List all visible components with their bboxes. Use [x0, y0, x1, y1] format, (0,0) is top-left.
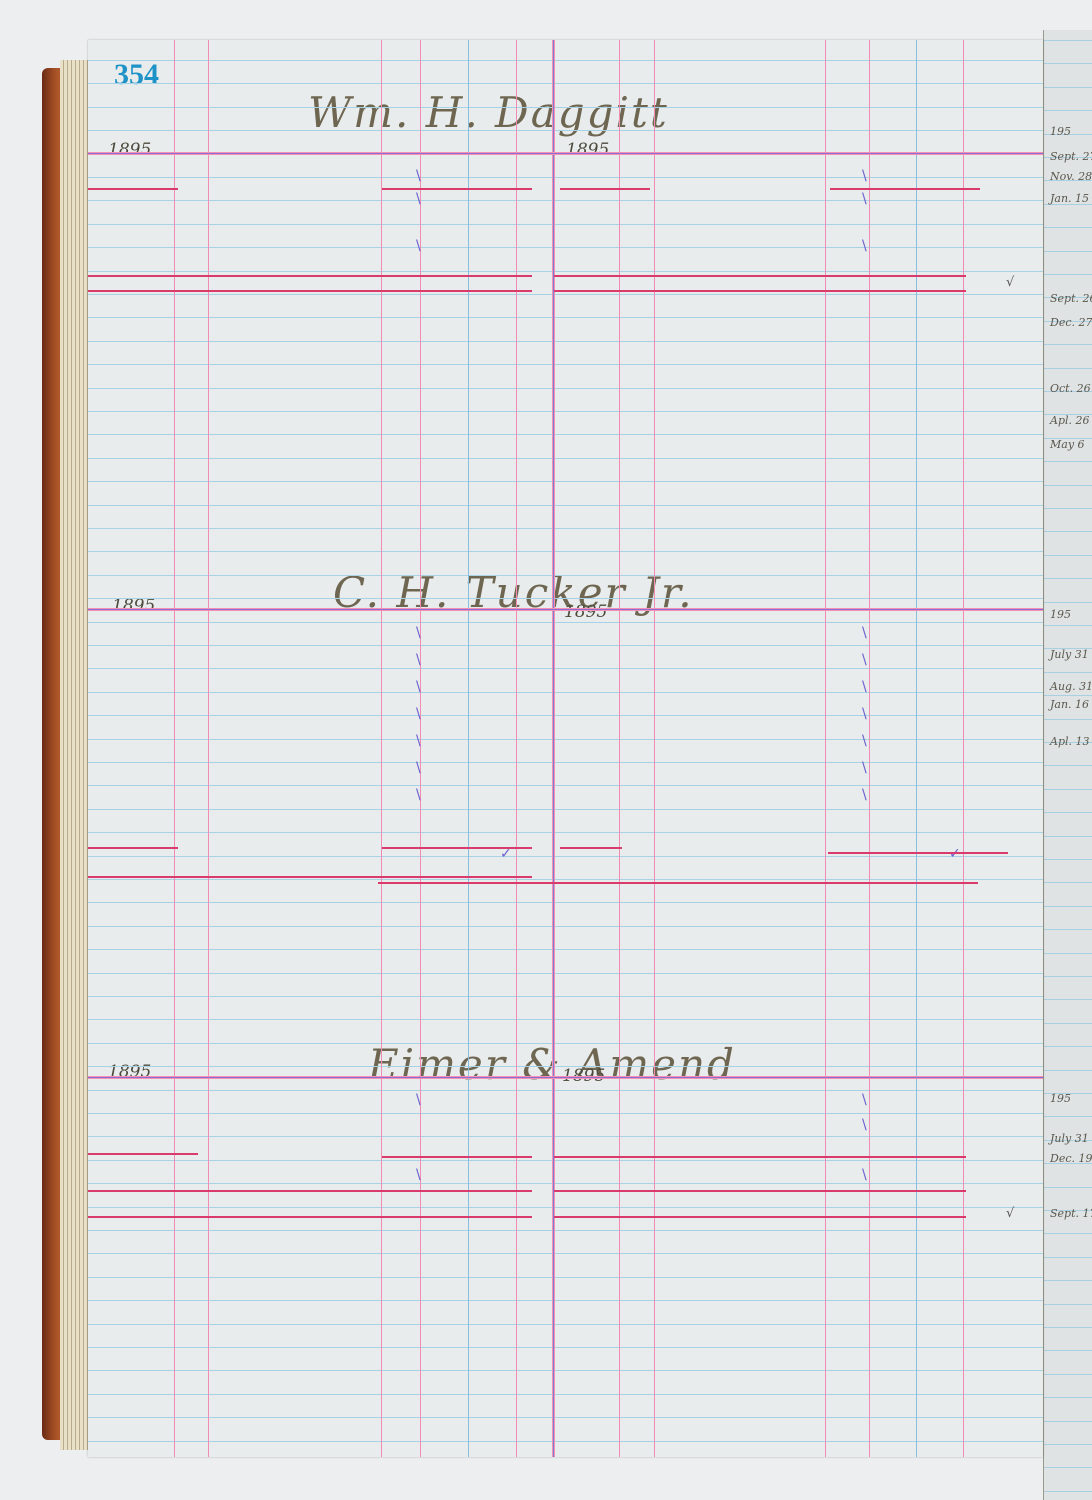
blue-rule: [88, 83, 1043, 84]
blue-rule: [1044, 719, 1092, 720]
blue-rule: [1044, 859, 1092, 860]
blue-rule: [88, 856, 1043, 857]
blue-rule: [1044, 1046, 1092, 1047]
blue-rule: [88, 1370, 1043, 1371]
column-rule: [654, 40, 655, 1457]
blue-rule: [88, 1113, 1043, 1114]
blue-rule: [1044, 227, 1092, 228]
blue-rule: [1044, 1421, 1092, 1422]
blue-rule: [1044, 578, 1092, 579]
reconciled-check-icon: √: [1006, 275, 1014, 290]
blue-rule: [88, 1136, 1043, 1137]
ledger-page: 354 Wm. H. Daggitt C. H. Tucker Jr. Eime…: [88, 40, 1043, 1457]
balance-rule: [554, 1190, 966, 1192]
blue-rule: [88, 177, 1043, 178]
blue-rule: [1044, 1233, 1092, 1234]
posting-tick-icon: \: [416, 760, 421, 776]
debit-year-daggitt: 1895: [108, 140, 151, 160]
credit-year-daggitt: 1895: [566, 140, 609, 160]
posting-tick-icon: \: [862, 238, 867, 254]
blue-rule: [1044, 251, 1092, 252]
blue-rule: [88, 575, 1043, 576]
blue-rule: [88, 926, 1043, 927]
blue-rule: [1044, 929, 1092, 930]
blue-rule: [88, 1066, 1043, 1067]
facing-page-entry: Apl. 13: [1050, 735, 1090, 748]
account-header-rule: [88, 608, 1043, 611]
blue-rule: [88, 528, 1043, 529]
posting-tick-icon: \: [416, 679, 421, 695]
blue-rule: [88, 107, 1043, 108]
blue-rule: [1044, 1444, 1092, 1445]
blue-rule: [88, 551, 1043, 552]
blue-rule: [1044, 1374, 1092, 1375]
facing-page-entry: Jan. 16: [1050, 698, 1089, 711]
blue-rule: [1044, 63, 1092, 64]
posting-tick-icon: \: [416, 733, 421, 749]
facing-page-entry: 195: [1050, 1092, 1071, 1105]
blue-rule: [88, 434, 1043, 435]
blue-rule: [88, 598, 1043, 599]
balance-rule: [554, 290, 966, 292]
facing-page-entry: Apl. 26: [1050, 414, 1090, 427]
blue-rule: [88, 668, 1043, 669]
blue-rule: [88, 1090, 1043, 1091]
posting-tick-icon: \: [862, 787, 867, 803]
balance-rule: [378, 882, 978, 884]
column-rule: [963, 40, 964, 1457]
blue-rule: [88, 411, 1043, 412]
balance-rule: [88, 1190, 532, 1192]
blue-rule: [88, 271, 1043, 272]
debit-year-tucker: 1895: [112, 596, 155, 616]
column-rule: [916, 40, 917, 1457]
facing-page-entry: Sept. 26: [1050, 292, 1092, 305]
blue-rule: [88, 388, 1043, 389]
blue-rule: [1044, 1467, 1092, 1468]
facing-page-entry: Dec. 19: [1050, 1152, 1092, 1165]
blue-rule: [88, 1277, 1043, 1278]
column-rule: [208, 40, 209, 1457]
posting-tick-icon: \: [862, 1167, 867, 1183]
blue-rule: [88, 1230, 1043, 1231]
blue-rule: [88, 130, 1043, 131]
check-icon: ✓: [949, 846, 961, 862]
blue-rule: [1044, 625, 1092, 626]
blue-rule: [1044, 1350, 1092, 1351]
blue-rule: [88, 505, 1043, 506]
posting-tick-icon: \: [862, 679, 867, 695]
balance-rule: [382, 847, 532, 849]
facing-page-entry: July 31: [1050, 1132, 1089, 1145]
blue-rule: [88, 1183, 1043, 1184]
blue-rule: [88, 645, 1043, 646]
blue-rule: [88, 1417, 1043, 1418]
blue-rule: [88, 458, 1043, 459]
blue-rule: [1044, 1070, 1092, 1071]
blue-rule: [1044, 1023, 1092, 1024]
blue-rule: [1044, 812, 1092, 813]
blue-rule: [88, 1207, 1043, 1208]
column-rule: [869, 40, 870, 1457]
posting-tick-icon: \: [416, 1092, 421, 1108]
balance-rule: [830, 188, 980, 190]
posting-tick-icon: \: [862, 625, 867, 641]
facing-page-entry: Aug. 31: [1050, 680, 1092, 693]
blue-rule: [1044, 368, 1092, 369]
blue-rule: [1044, 602, 1092, 603]
blue-rule: [1044, 531, 1092, 532]
account-header-rule: [88, 1076, 1043, 1079]
posting-tick-icon: \: [862, 760, 867, 776]
balance-rule: [88, 188, 178, 190]
blue-rule: [1044, 1116, 1092, 1117]
posting-tick-icon: \: [862, 1117, 867, 1133]
posting-tick-icon: \: [416, 706, 421, 722]
posting-tick-icon: \: [416, 191, 421, 207]
blue-rule: [88, 973, 1043, 974]
column-rule: [516, 40, 517, 1457]
posting-tick-icon: \: [862, 1092, 867, 1108]
posting-tick-icon: \: [416, 625, 421, 641]
balance-rule: [88, 847, 178, 849]
column-rule: [825, 40, 826, 1457]
blue-rule: [1044, 40, 1092, 41]
blue-rule: [88, 996, 1043, 997]
page-edges: [60, 60, 90, 1450]
blue-rule: [1044, 1397, 1092, 1398]
balance-rule: [554, 1216, 966, 1218]
column-rule: [619, 40, 620, 1457]
blue-rule: [1044, 789, 1092, 790]
posting-tick-icon: \: [416, 238, 421, 254]
blue-rule: [1044, 999, 1092, 1000]
blue-rule: [1044, 485, 1092, 486]
column-rule: [468, 40, 469, 1457]
facing-page-entry: July 31: [1050, 648, 1089, 661]
account-header-rule: [88, 152, 1043, 155]
posting-tick-icon: \: [416, 168, 421, 184]
balance-rule: [88, 1216, 532, 1218]
blue-rule: [1044, 836, 1092, 837]
facing-page-entry: 195: [1050, 125, 1071, 138]
posting-tick-icon: \: [862, 733, 867, 749]
blue-rule: [1044, 695, 1092, 696]
blue-rule: [1044, 906, 1092, 907]
blue-rule: [88, 692, 1043, 693]
blue-rule: [1044, 461, 1092, 462]
blue-rule: [88, 902, 1043, 903]
page-number: 354: [114, 58, 159, 92]
facing-page-entry: Oct. 26: [1050, 382, 1091, 395]
blue-rule: [88, 1043, 1043, 1044]
column-rule: [381, 40, 382, 1457]
posting-tick-icon: \: [862, 191, 867, 207]
blue-rule: [88, 715, 1043, 716]
blue-rule: [1044, 555, 1092, 556]
blue-rule: [88, 1347, 1043, 1348]
blue-rule: [88, 622, 1043, 623]
balance-rule: [554, 1156, 966, 1158]
blue-rule: [88, 949, 1043, 950]
facing-page-entry: Sept. 27: [1050, 150, 1092, 163]
credit-year-tucker: 1895: [564, 602, 607, 622]
debit-year-eimer: 1895: [108, 1062, 151, 1082]
reconciled-check-icon: √: [1006, 1206, 1014, 1221]
facing-page-entry: Sept. 17: [1050, 1207, 1092, 1220]
blue-rule: [88, 1324, 1043, 1325]
blue-rule: [1044, 1280, 1092, 1281]
blue-rule: [88, 809, 1043, 810]
blue-rule: [1044, 976, 1092, 977]
blue-rule: [1044, 1304, 1092, 1305]
blue-rule: [88, 739, 1043, 740]
blue-rule: [1044, 1491, 1092, 1492]
blue-rule: [88, 341, 1043, 342]
blue-rule: [88, 1019, 1043, 1020]
blue-rule: [88, 317, 1043, 318]
posting-tick-icon: \: [416, 787, 421, 803]
blue-rule: [1044, 274, 1092, 275]
blue-rule: [88, 60, 1043, 61]
blue-rule: [88, 762, 1043, 763]
blue-rule: [1044, 508, 1092, 509]
facing-page-entry: Dec. 27: [1050, 316, 1092, 329]
balance-rule: [554, 275, 966, 277]
posting-tick-icon: \: [862, 168, 867, 184]
blue-rule: [88, 481, 1043, 482]
blue-rule: [1044, 953, 1092, 954]
balance-rule: [560, 188, 650, 190]
balance-rule: [560, 847, 622, 849]
blue-rule: [88, 294, 1043, 295]
blue-rule: [88, 1160, 1043, 1161]
blue-rule: [1044, 87, 1092, 88]
blue-rule: [88, 1300, 1043, 1301]
blue-rule: [88, 1441, 1043, 1442]
posting-tick-icon: \: [416, 652, 421, 668]
blue-rule: [88, 224, 1043, 225]
column-rule: [552, 40, 555, 1457]
blue-rule: [1044, 1327, 1092, 1328]
posting-tick-icon: \: [862, 706, 867, 722]
blue-rule: [88, 364, 1043, 365]
facing-page-entry: May 6: [1050, 438, 1085, 451]
balance-rule: [828, 852, 1008, 854]
posting-tick-icon: \: [416, 1167, 421, 1183]
blue-rule: [88, 832, 1043, 833]
blue-rule: [1044, 1187, 1092, 1188]
blue-rule: [88, 879, 1043, 880]
balance-rule: [382, 188, 532, 190]
blue-rule: [88, 247, 1043, 248]
facing-page-entry: Nov. 28: [1050, 170, 1092, 183]
blue-rule: [88, 200, 1043, 201]
blue-rule: [1044, 765, 1092, 766]
balance-rule: [88, 275, 532, 277]
blue-rule: [1044, 344, 1092, 345]
facing-page-entry: Jan. 15: [1050, 192, 1089, 205]
blue-rule: [1044, 1257, 1092, 1258]
blue-rule: [1044, 882, 1092, 883]
blue-rule: [88, 785, 1043, 786]
posting-tick-icon: \: [862, 652, 867, 668]
balance-rule: [88, 1153, 198, 1155]
balance-rule: [88, 876, 532, 878]
facing-page-entry: 195: [1050, 608, 1071, 621]
blue-rule: [1044, 110, 1092, 111]
balance-rule: [382, 1156, 532, 1158]
balance-rule: [88, 290, 532, 292]
column-rule: [174, 40, 175, 1457]
blue-rule: [88, 1394, 1043, 1395]
blue-rule: [1044, 672, 1092, 673]
blue-rule: [88, 1253, 1043, 1254]
facing-page-edge: 195Sept. 27Nov. 28Jan. 15Sept. 26Dec. 27…: [1043, 30, 1092, 1500]
